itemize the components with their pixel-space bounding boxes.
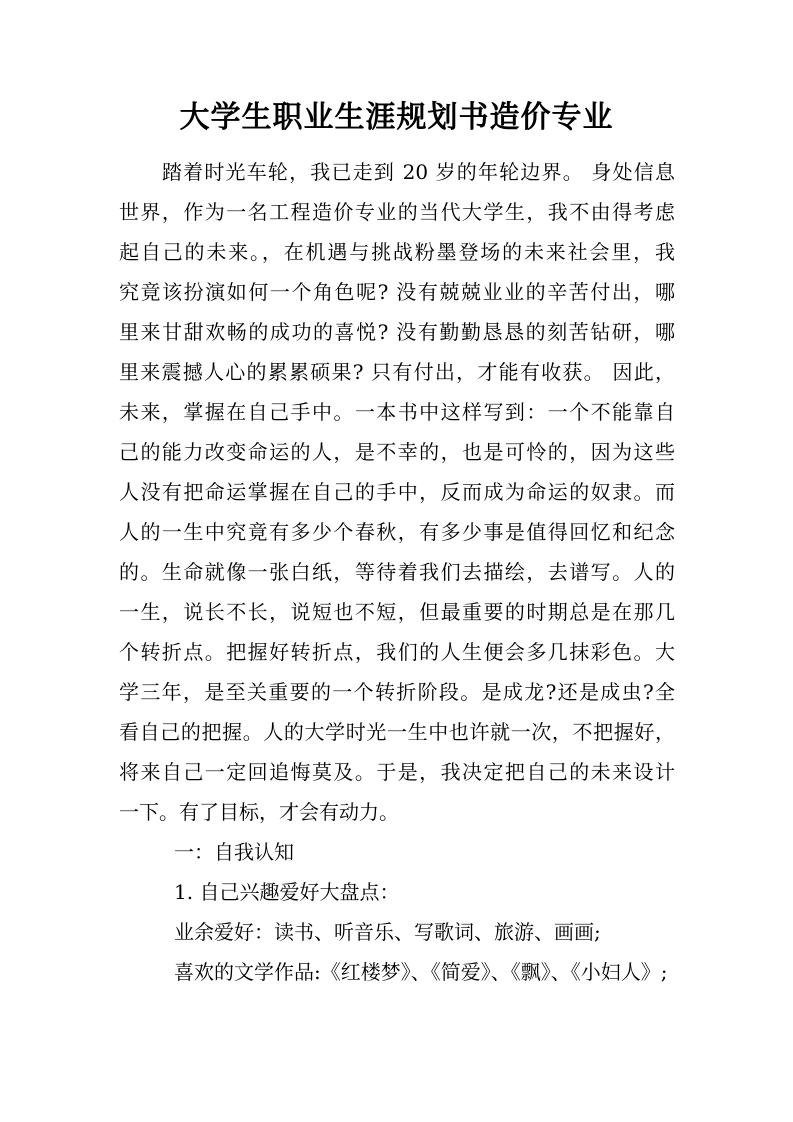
- paragraph-line: 踏着时光车轮，我已走到 20 岁的年轮边界。 身处信息: [119, 152, 675, 192]
- document-body: 踏着时光车轮，我已走到 20 岁的年轮边界。 身处信息 世界，作为一名工程造价专…: [119, 152, 675, 992]
- paragraph-line: 己的能力改变命运的人，是不幸的，也是可怜的，因为这些: [119, 432, 675, 472]
- section-heading-self-awareness: 一：自我认知: [119, 832, 675, 872]
- paragraph-line: 世界，作为一名工程造价专业的当代大学生，我不由得考虑: [119, 192, 675, 232]
- paragraph-line: 一下。有了目标，才会有动力。: [119, 792, 675, 832]
- paragraph-line: 一生，说长不长，说短也不短，但最重要的时期总是在那几: [119, 592, 675, 632]
- paragraph-line: 学三年，是至关重要的一个转折阶段。是成龙?还是成虫?全: [119, 672, 675, 712]
- favorite-books-line: 喜欢的文学作品:《红楼梦》、《简爱》、《飘》、《小妇人》;: [119, 952, 675, 992]
- paragraph-line: 起自己的未来。，在机遇与挑战粉墨登场的未来社会里，我: [119, 232, 675, 272]
- paragraph-line: 个转折点。把握好转折点，我们的人生便会多几抹彩色。大: [119, 632, 675, 672]
- paragraph-line: 人没有把命运掌握在自己的手中，反而成为命运的奴隶。而: [119, 472, 675, 512]
- paragraph-line: 看自己的把握。人的大学时光一生中也许就一次，不把握好，: [119, 712, 675, 752]
- paragraph-line: 将来自己一定回追悔莫及。于是，我决定把自己的未来设计: [119, 752, 675, 792]
- paragraph-line: 未来，掌握在自己手中。一本书中这样写到：一个不能靠自: [119, 392, 675, 432]
- paragraph-line: 究竟该扮演如何一个角色呢? 没有兢兢业业的辛苦付出，哪: [119, 272, 675, 312]
- paragraph-line: 人的一生中究竟有多少个春秋，有多少事是值得回忆和纪念: [119, 512, 675, 552]
- paragraph-line: 里来震撼人心的累累硕果? 只有付出，才能有收获。 因此，: [119, 352, 675, 392]
- paragraph-line: 里来甘甜欢畅的成功的喜悦? 没有勤勤恳恳的刻苦钻研，哪: [119, 312, 675, 352]
- document-title: 大学生职业生涯规划书造价专业: [0, 96, 793, 140]
- document-page: 大学生职业生涯规划书造价专业 踏着时光车轮，我已走到 20 岁的年轮边界。 身处…: [0, 0, 793, 1122]
- subsection-heading-interests: 1. 自己兴趣爱好大盘点：: [119, 872, 675, 912]
- paragraph-line: 的。生命就像一张白纸，等待着我们去描绘，去谱写。人的: [119, 552, 675, 592]
- hobbies-line: 业余爱好：读书、听音乐、写歌词、旅游、画画;: [119, 912, 675, 952]
